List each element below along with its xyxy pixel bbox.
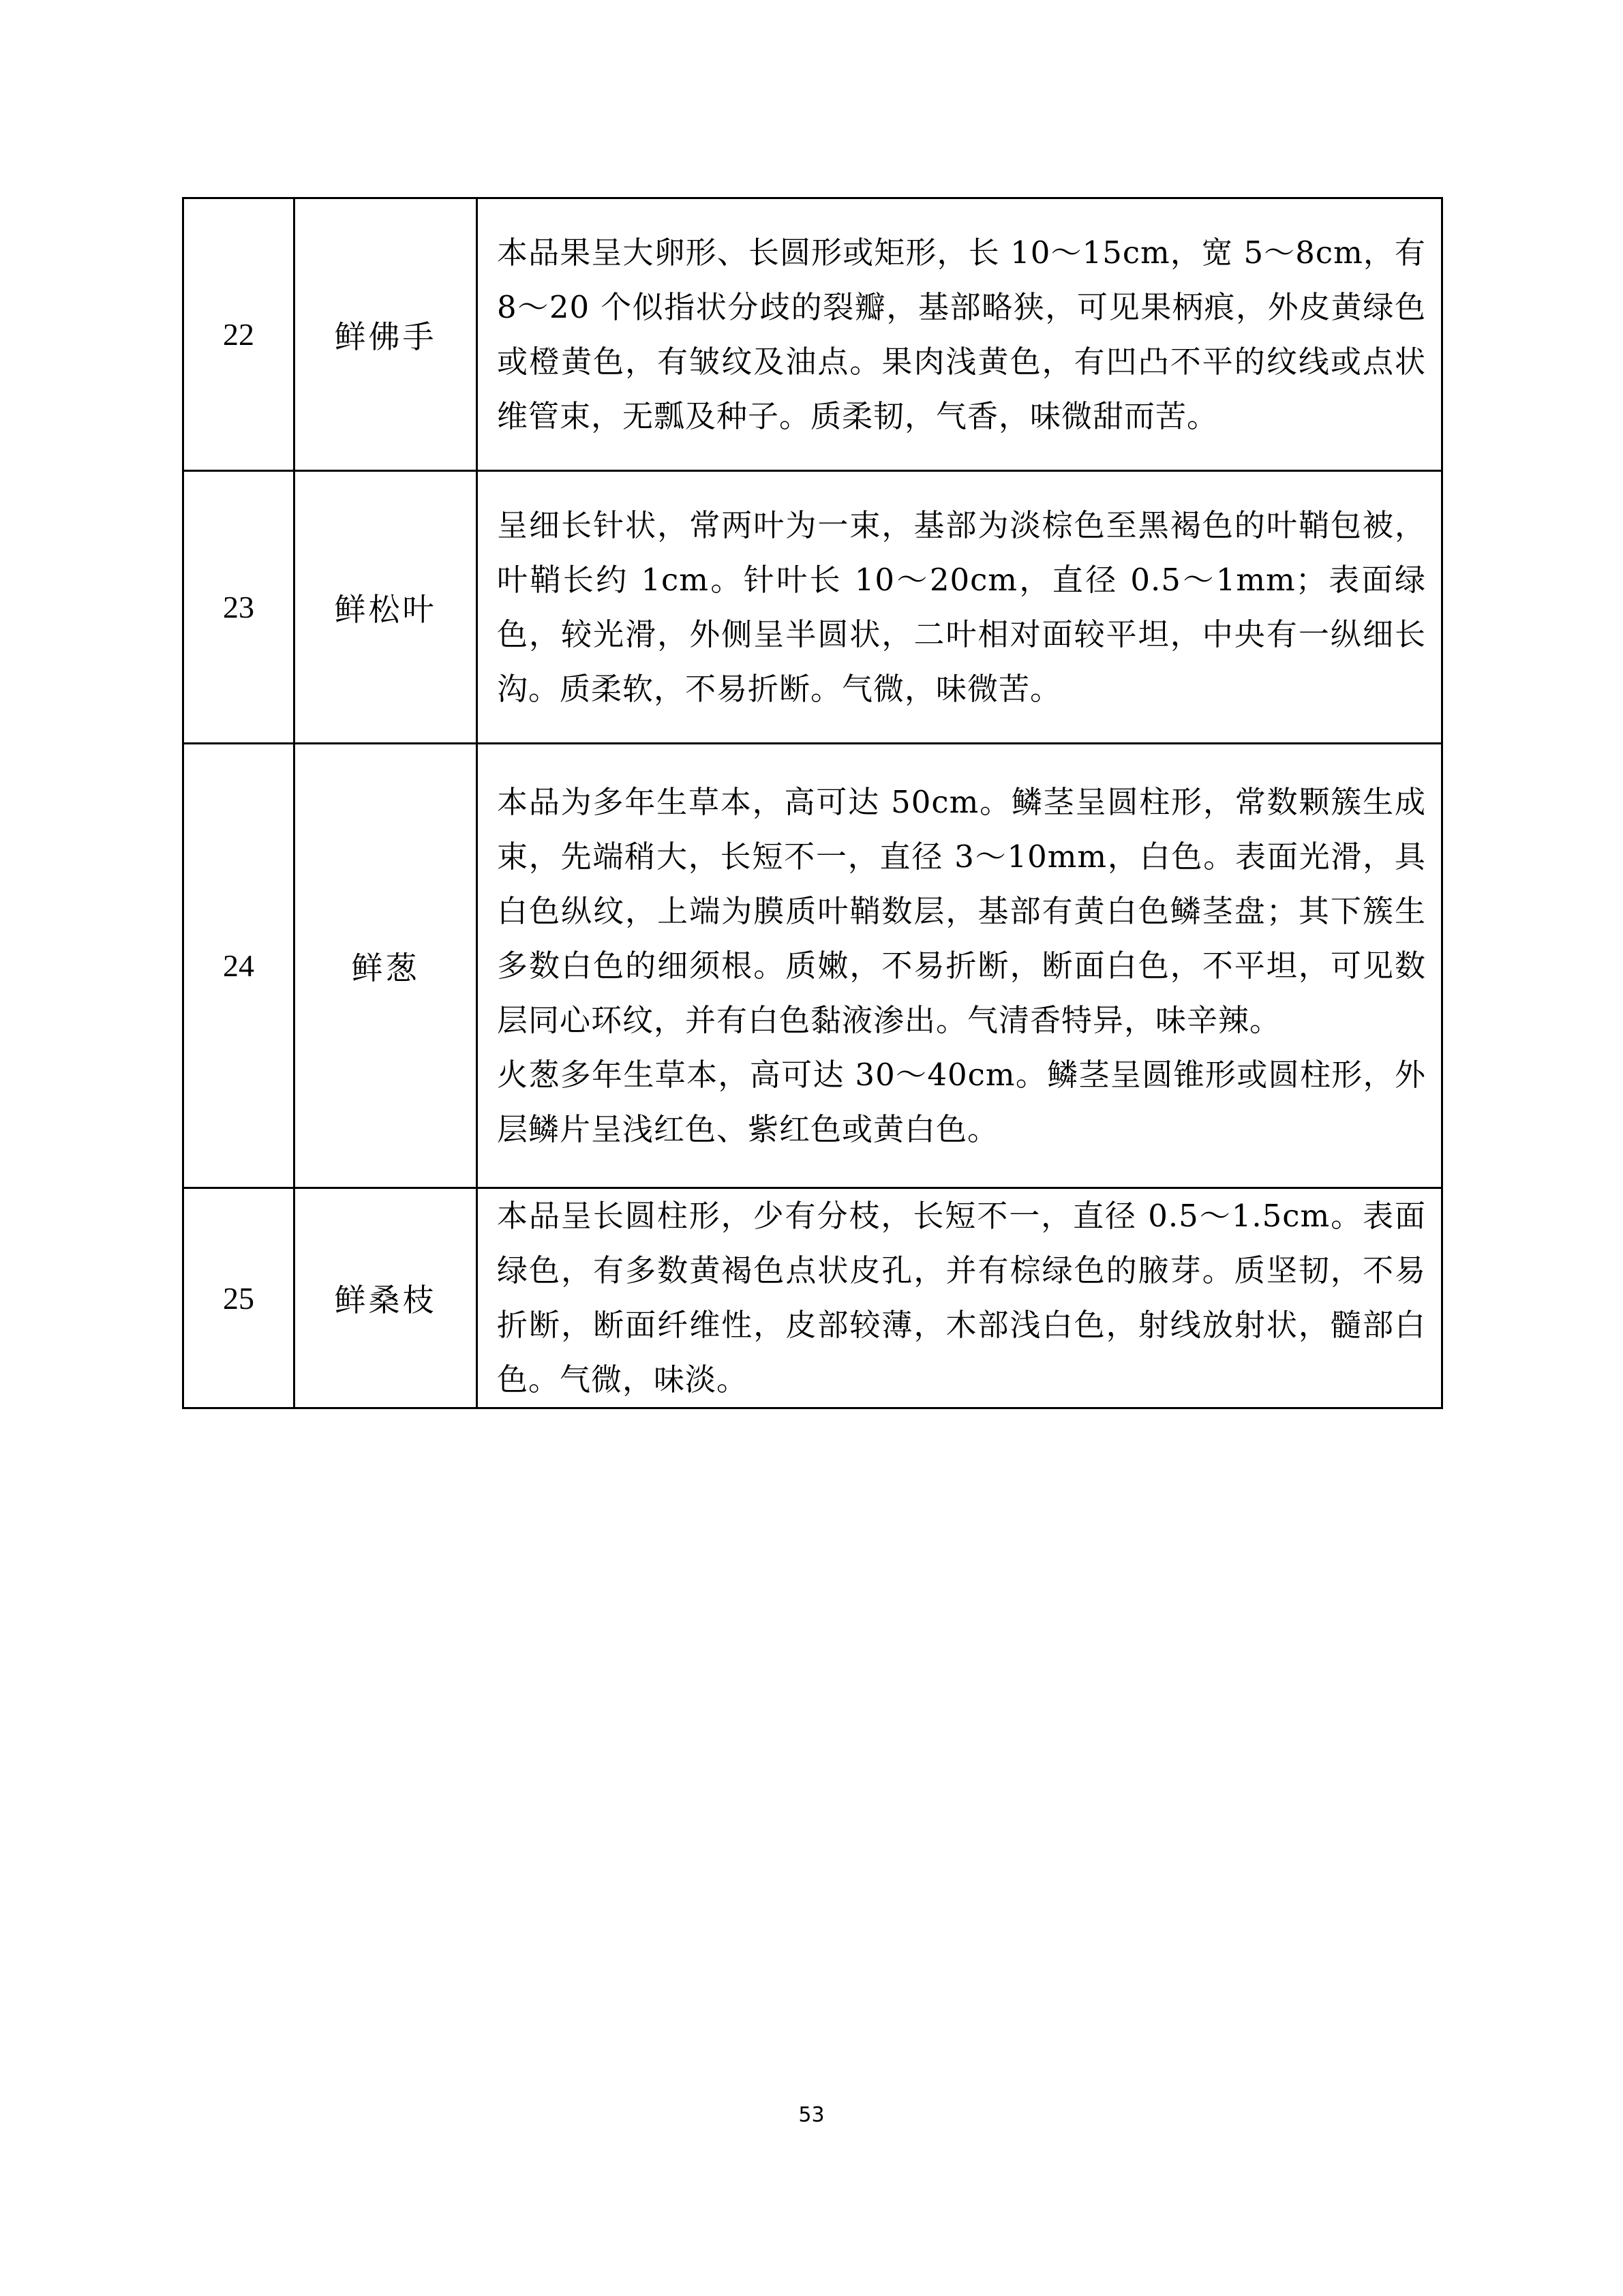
herb-description: 呈细长针状，常两叶为一束，基部为淡棕色至黑褐色的叶鞘包被，叶鞘长约 1cm。针叶… (477, 471, 1442, 744)
description-paragraph-variety: 火葱多年生草本，高可达 30～40cm。鳞茎呈圆锥形或圆柱形，外层鳞片呈浅红色、… (497, 1048, 1426, 1157)
table-row: 25 鲜桑枝 本品呈长圆柱形，少有分枝，长短不一，直径 0.5～1.5cm。表面… (183, 1188, 1442, 1408)
description-paragraph: 本品为多年生草本，高可达 50cm。鳞茎呈圆柱形，常数颗簇生成束，先端稍大，长短… (497, 775, 1426, 1048)
herb-description-table: 22 鲜佛手 本品果呈大卵形、长圆形或矩形，长 10～15cm，宽 5～8cm，… (182, 197, 1443, 1409)
herb-name: 鲜葱 (294, 744, 477, 1188)
description-paragraph: 呈细长针状，常两叶为一束，基部为淡棕色至黑褐色的叶鞘包被，叶鞘长约 1cm。针叶… (497, 498, 1426, 716)
row-number: 25 (183, 1188, 294, 1408)
herb-name: 鲜桑枝 (294, 1188, 477, 1408)
table-row: 23 鲜松叶 呈细长针状，常两叶为一束，基部为淡棕色至黑褐色的叶鞘包被，叶鞘长约… (183, 471, 1442, 744)
herb-description: 本品为多年生草本，高可达 50cm。鳞茎呈圆柱形，常数颗簇生成束，先端稍大，长短… (477, 744, 1442, 1188)
herb-name: 鲜佛手 (294, 198, 477, 471)
row-number: 24 (183, 744, 294, 1188)
row-number: 22 (183, 198, 294, 471)
herb-description: 本品果呈大卵形、长圆形或矩形，长 10～15cm，宽 5～8cm，有 8～20 … (477, 198, 1442, 471)
page-number: 53 (0, 2103, 1623, 2127)
table-row: 24 鲜葱 本品为多年生草本，高可达 50cm。鳞茎呈圆柱形，常数颗簇生成束，先… (183, 744, 1442, 1188)
row-number: 23 (183, 471, 294, 744)
table-row: 22 鲜佛手 本品果呈大卵形、长圆形或矩形，长 10～15cm，宽 5～8cm，… (183, 198, 1442, 471)
herb-description: 本品呈长圆柱形，少有分枝，长短不一，直径 0.5～1.5cm。表面绿色，有多数黄… (477, 1188, 1442, 1408)
herb-name: 鲜松叶 (294, 471, 477, 744)
description-paragraph: 本品呈长圆柱形，少有分枝，长短不一，直径 0.5～1.5cm。表面绿色，有多数黄… (497, 1189, 1426, 1407)
description-paragraph: 本品果呈大卵形、长圆形或矩形，长 10～15cm，宽 5～8cm，有 8～20 … (497, 226, 1426, 444)
